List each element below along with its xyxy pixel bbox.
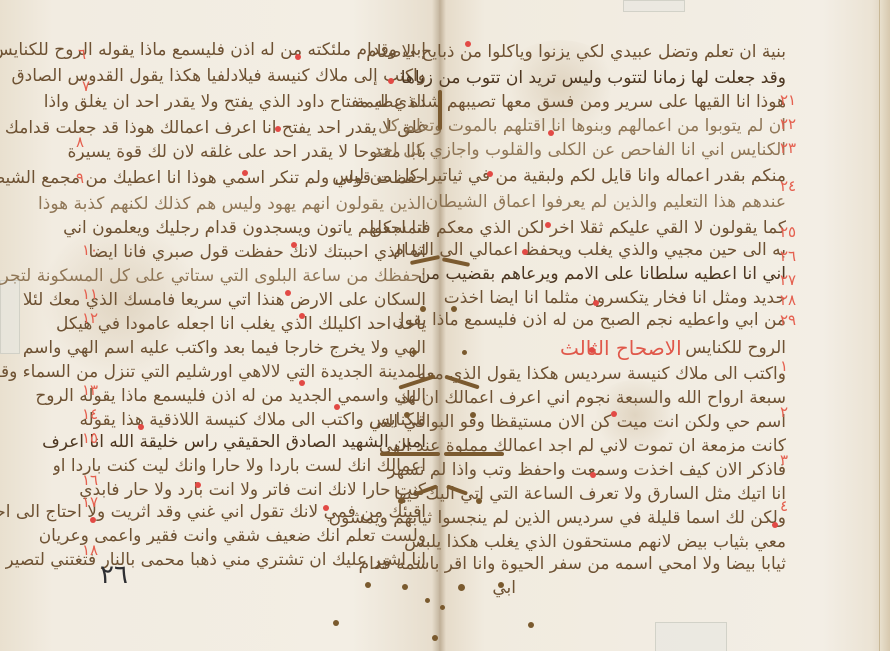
worm-hole [528, 622, 534, 628]
worm-hole [470, 412, 476, 418]
text-line: امين الشهيد الصادق الحقيقي راس خليقة الل… [42, 432, 426, 452]
worm-hole [476, 498, 482, 504]
text-line: فاذكر الان كيف اخذت وسمعت واحفظ وتب واذا… [387, 460, 786, 480]
text-line: ابي [492, 578, 516, 598]
verse-number: ١٢ [82, 308, 98, 328]
text-line: الذين يقولون انهم يهود وليس هم كذلك لكنه… [38, 194, 426, 214]
rubric-dot [291, 242, 297, 248]
rubric-dot [295, 54, 301, 60]
right-page: بنية ان تعلم وتضل عبيدي لكي يزنوا وياكلو… [440, 0, 890, 651]
verse-number: ١٥ [82, 428, 98, 448]
rubric-dot [465, 41, 471, 47]
left-text-block: إبي وقدام ملئكته من له اذن فليسمع ماذا ي… [96, 40, 426, 560]
text-line: بابا مفتوحا لا يقدر احد على غلقه لان لك … [68, 142, 426, 162]
text-line: بنية ان تعلم وتضل عبيدي لكي يزنوا وياكلو… [366, 42, 786, 62]
verse-number: ٢٥ [780, 222, 796, 242]
rubric-dot [299, 313, 305, 319]
rubric-dot [548, 130, 554, 136]
verse-number: ١٦ [82, 470, 98, 490]
text-line: الهي ولا يخرج خارجا فيما بعد واكتب عليه … [23, 338, 426, 358]
verse-number: ١٤ [82, 404, 98, 424]
text-line: وقد جعلت لها زمانا لتتوب وليس تريد ان تت… [401, 68, 786, 88]
verse-number: ٢١ [780, 90, 796, 110]
verse-number: ١ [780, 356, 788, 376]
repair-tape [623, 0, 685, 12]
verse-number: ٣ [780, 450, 788, 470]
text-line: اني انا اعطيه سلطانا على الامم ويرعاهم ب… [418, 264, 786, 284]
worm-hole [404, 412, 410, 418]
right-text-block: بنية ان تعلم وتضل عبيدي لكي يزنوا وياكلو… [460, 42, 786, 572]
text-line: به الى حين مجيي والذي يغلب ويحفظ اعمالي … [393, 240, 786, 260]
rubric-dot [522, 249, 528, 255]
rubric-dot [772, 522, 778, 528]
verse-number: ٢٤ [780, 176, 796, 196]
text-line: احفظك من ساعة البلوى التي ستاتي على كل ا… [0, 266, 426, 286]
worm-hole [432, 635, 438, 641]
worm-damage [380, 452, 440, 456]
worm-hole [462, 350, 467, 355]
verse-number: ٢٨ [780, 290, 796, 310]
worm-hole [498, 582, 504, 588]
text-line: انا الذي احببتك لانك حفظت قول صبري فانا … [88, 242, 426, 262]
repair-tape [655, 622, 727, 651]
manuscript-spread: إبي وقدام ملئكته من له اذن فليسمع ماذا ي… [0, 0, 890, 651]
text-line: عندهم هذا التعليم والذين لم يعرفوا اعماق… [426, 192, 786, 212]
worm-damage [438, 90, 442, 130]
rubric-dot [590, 472, 596, 478]
verse-number: ٨ [76, 132, 84, 152]
worm-hole [398, 498, 404, 504]
text-line: حديد ومثل انا فخار يتكسرون مثلما انا ايض… [444, 288, 786, 308]
text-line: واكتب الى ملاك كنيسة سرديس هكذا يقول الذ… [417, 364, 786, 384]
text-line: معي بثياب بيض لانهم مستحقون الذي يغلب هك… [404, 532, 786, 552]
verse-number: ١١ [82, 284, 98, 304]
text-line: ياخذ احد اكليلك الذي يغلب انا اجعله عامو… [56, 314, 426, 334]
verse-number: ١٣ [82, 380, 98, 400]
text-line: كنت حارا لانك انت فاتر ولا انت بارد ولا … [79, 480, 426, 500]
worm-hole [333, 620, 339, 626]
worm-damage [444, 452, 504, 456]
rubric-dot [334, 404, 340, 410]
verse-number: ٤ [780, 496, 788, 516]
rubric-dot [487, 171, 493, 177]
rubric-dot [299, 380, 305, 386]
rubric-dot [611, 411, 617, 417]
worm-hole [425, 598, 430, 603]
text-line: ثيابا بيضا ولا امحي اسمه من سفر الحيوة و… [359, 554, 786, 574]
verse-number: ٢٧ [780, 270, 796, 290]
rubric-dot [195, 482, 201, 488]
rubric-dot [275, 126, 281, 132]
text-line: ولكن لك اسما قليلة في سرديس الذين لم ينج… [329, 508, 786, 528]
text-line: الروح للكنايس [685, 338, 786, 358]
repair-tape [0, 280, 20, 354]
rubric-dot [589, 347, 595, 353]
text-line: منكم بقدر اعماله وانا قايل لكم ولبقية من… [332, 166, 786, 186]
worm-hole [402, 584, 408, 590]
rubric-dot [545, 222, 551, 228]
verse-number: ١٨ [82, 540, 98, 560]
chapter-heading: الاصحاح الثالث [560, 336, 682, 360]
verse-number: ٢٣ [780, 138, 796, 158]
worm-hole [451, 306, 457, 312]
verse-number: ٦ [78, 44, 86, 64]
folio-number: ٢٦ [100, 560, 128, 590]
rubric-dot [285, 290, 291, 296]
text-line: غلق لا يقدر احد يفتح انا اعرف اعمالك هوذ… [5, 118, 426, 138]
rubric-dot [593, 300, 599, 306]
text-line: المدينة الجديدة التي لالاهي اورشليم التي… [0, 362, 426, 382]
verse-number: ١٧ [82, 492, 98, 512]
text-line: واكتب إلى ملاك كنيسة فيلادلفيا هكذا يقول… [11, 66, 426, 86]
text-line: من ابي واعطيه نجم الصبح من له اذن فليسمع… [392, 310, 786, 330]
verse-number: ٧ [82, 76, 90, 96]
text-line: سبعة ارواح الله والسبعة نجوم اني اعرف اع… [397, 388, 786, 408]
verse-number: ٢٦ [780, 246, 796, 266]
page-edge [879, 0, 890, 651]
worm-hole [412, 350, 417, 355]
text-line: اعمالك انك لست باردا ولا حارا وانك ليت ك… [53, 456, 426, 476]
rubric-dot [242, 170, 248, 176]
rubric-dot [90, 517, 96, 523]
text-line: هوذا انا القيها على سرير ومن فسق معها تص… [356, 92, 786, 112]
verse-number: ٩ [76, 168, 84, 188]
rubric-dot [138, 424, 144, 430]
rubric-dot [388, 78, 394, 84]
verse-number: ٢٢ [780, 114, 796, 134]
worm-hole [458, 584, 465, 591]
text-line: إبي وقدام ملئكته من له اذن فليسمع ماذا ي… [0, 40, 426, 60]
worm-hole [420, 306, 426, 312]
verse-number: ٢٩ [780, 310, 796, 330]
verse-number: ٢ [780, 402, 788, 422]
verse-number: ١٠ [82, 240, 98, 260]
worm-hole [440, 605, 445, 610]
worm-hole [365, 582, 371, 588]
